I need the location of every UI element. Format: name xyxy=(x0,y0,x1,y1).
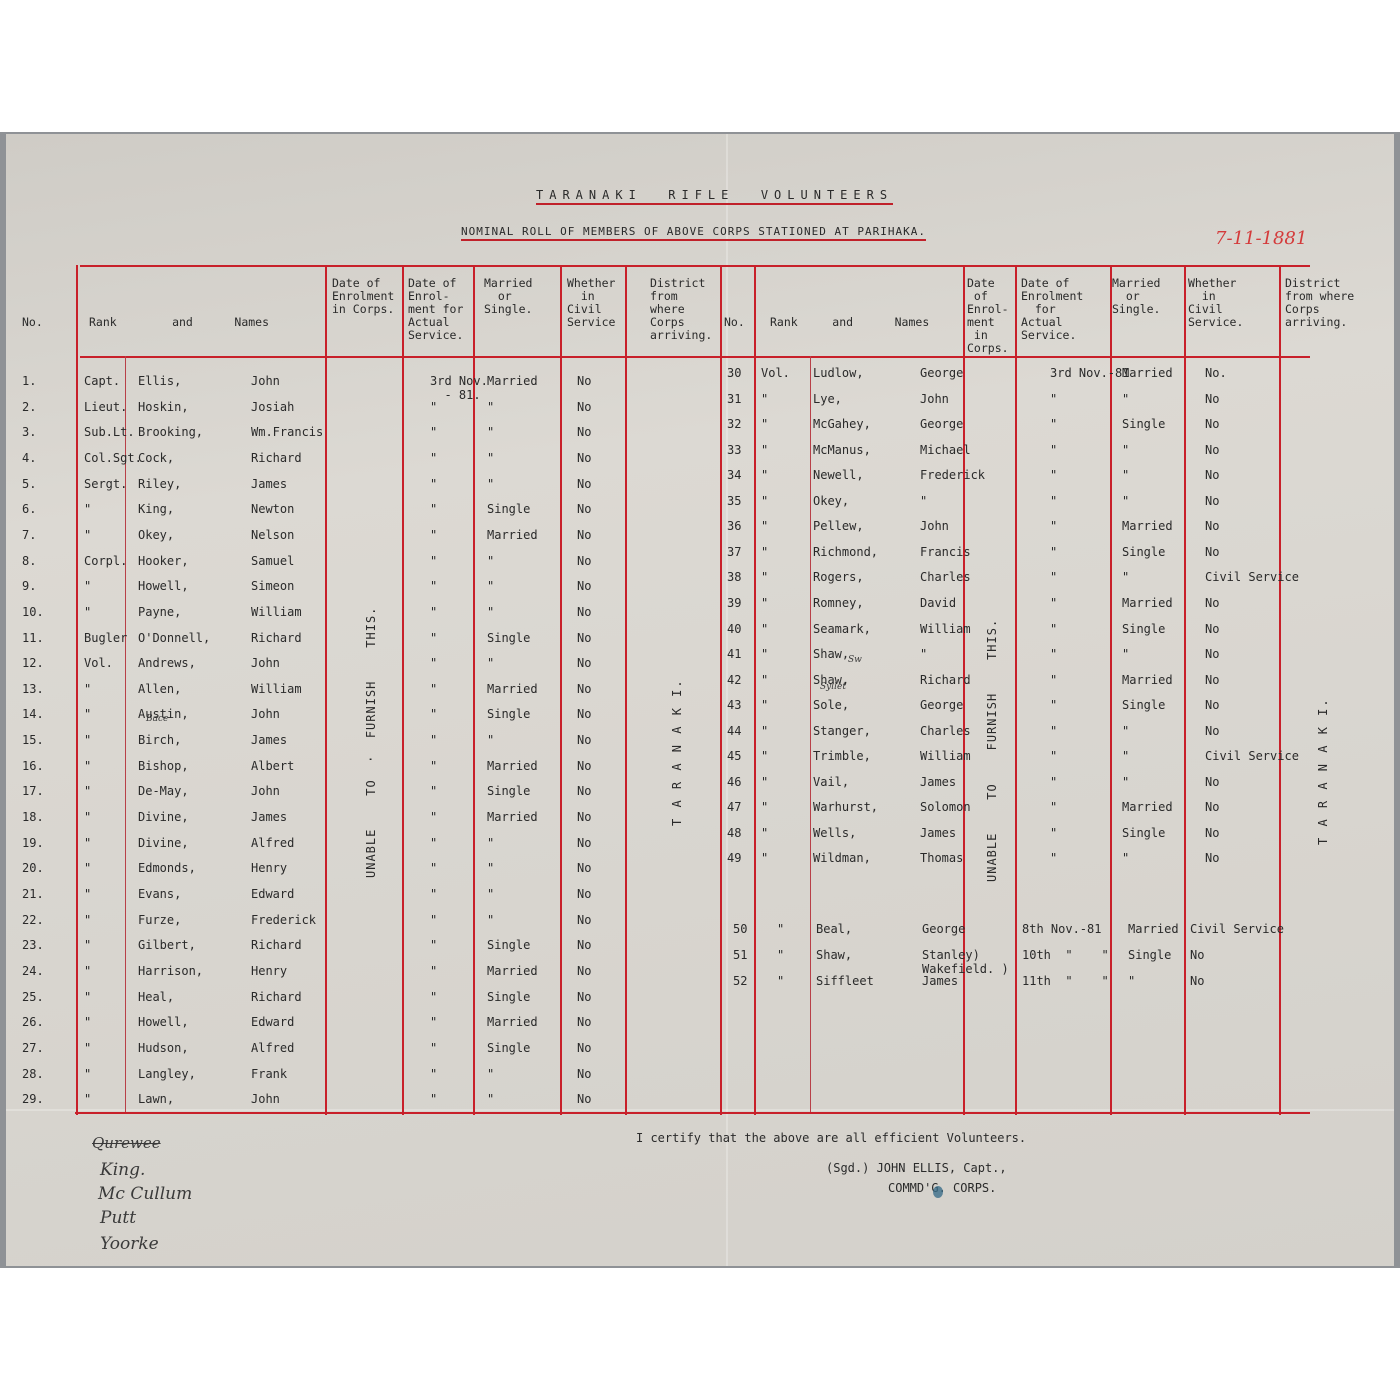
cell-status: Married xyxy=(487,1015,538,1029)
cell-no: 43 xyxy=(727,698,741,712)
cell-civil: No xyxy=(1205,468,1219,482)
cell-no: 34 xyxy=(727,468,741,482)
cell-rank: " xyxy=(761,698,768,712)
cell-surname: Wildman, xyxy=(813,851,871,865)
cell-rank: " xyxy=(761,800,768,814)
cell-rank: " xyxy=(761,724,768,738)
cell-civil: No xyxy=(1205,519,1219,533)
cell-rank: " xyxy=(761,570,768,584)
header-district: District from where Corps arriving. xyxy=(650,277,712,342)
table-row: 26."Howell,Edward"MarriedNo xyxy=(0,1015,1400,1035)
header-date-corps: Date of Enrolment in Corps. xyxy=(332,277,394,316)
cell-first: Thomas xyxy=(920,851,963,865)
table-row: 27."Hudson,Alfred"SingleNo xyxy=(0,1041,1400,1061)
cell-date: 3rd Nov.-81 xyxy=(1050,366,1129,380)
annotation-shaw: Sw xyxy=(848,655,862,665)
cell-no: 42 xyxy=(727,673,741,687)
cell-civil: Civil Service xyxy=(1205,570,1299,584)
cell-first: John xyxy=(251,1092,280,1106)
cell-no: 50 xyxy=(733,922,747,936)
cell-no: 26. xyxy=(22,1015,44,1029)
cell-rank: " xyxy=(777,974,784,988)
cell-status: " xyxy=(487,1092,494,1106)
cell-surname: Okey, xyxy=(813,494,849,508)
header-date-corps: Date of Enrol- ment in Corps. xyxy=(967,277,1009,355)
table-row: 44"Stanger,Charles""No xyxy=(0,724,1400,744)
cell-date: " xyxy=(1050,826,1057,840)
cell-rank: " xyxy=(761,545,768,559)
cell-status: Married xyxy=(1122,800,1173,814)
cell-surname: Romney, xyxy=(813,596,864,610)
table-row: 39"Romney,David"MarriedNo xyxy=(0,596,1400,616)
cell-surname: Evans, xyxy=(138,887,181,901)
header-no: No. xyxy=(724,316,745,329)
ink-blot xyxy=(933,1186,943,1198)
header-married-single: Married or Single. xyxy=(484,277,532,316)
document-title: TARANAKI RIFLE VOLUNTEERS xyxy=(536,188,893,205)
cell-no: 29. xyxy=(22,1092,44,1106)
cell-first: George xyxy=(920,417,963,431)
cell-surname: Newell, xyxy=(813,468,864,482)
handwritten-name: Mc Cullum xyxy=(98,1184,192,1204)
cell-no: 27. xyxy=(22,1041,44,1055)
cell-date: " xyxy=(1050,545,1057,559)
cell-first: George xyxy=(920,698,963,712)
cell-status: " xyxy=(1122,749,1129,763)
cell-rank: " xyxy=(761,622,768,636)
cell-no: 41 xyxy=(727,647,741,661)
cell-surname: McGahey, xyxy=(813,417,871,431)
cell-date: " xyxy=(430,1067,437,1081)
cell-date: 10th " " xyxy=(1022,948,1109,962)
cell-date: " xyxy=(1050,698,1057,712)
table-row: 41"Shaw,"""No xyxy=(0,647,1400,667)
cell-date: " xyxy=(1050,417,1057,431)
cell-date: " xyxy=(430,887,437,901)
table-row: 49"Wildman,Thomas""No xyxy=(0,851,1400,871)
cell-first: John xyxy=(920,519,949,533)
table-row: 52"SiffleetJames11th " ""No xyxy=(0,974,1400,994)
cell-status: " xyxy=(1122,494,1129,508)
cell-no: 52 xyxy=(733,974,747,988)
table-row: 28."Langley,Frank""No xyxy=(0,1067,1400,1087)
cell-surname: Ludlow, xyxy=(813,366,864,380)
cell-no: 21. xyxy=(22,887,44,901)
cell-first: Frank xyxy=(251,1067,287,1081)
cell-first: Charles xyxy=(920,570,971,584)
cell-first: Solomon xyxy=(920,800,971,814)
cell-first: David xyxy=(920,596,956,610)
cell-rank: " xyxy=(761,468,768,482)
cell-surname: Trimble, xyxy=(813,749,871,763)
cell-status: Single xyxy=(1122,622,1165,636)
cell-surname: Langley, xyxy=(138,1067,196,1081)
header-civil-service: Whether in Civil Service xyxy=(567,277,615,329)
cell-status: Single xyxy=(1122,417,1165,431)
cell-surname: Lye, xyxy=(813,392,842,406)
cell-civil: No. xyxy=(1205,366,1227,380)
cell-first: Edward xyxy=(251,887,294,901)
cell-status: " xyxy=(487,887,494,901)
cell-first: " xyxy=(920,494,927,508)
cell-first: Richard xyxy=(920,673,971,687)
cell-rank: " xyxy=(761,596,768,610)
cell-rank: " xyxy=(761,673,768,687)
cell-surname: Seamark, xyxy=(813,622,871,636)
cell-status: Single xyxy=(1122,698,1165,712)
cell-civil: No xyxy=(1205,392,1219,406)
cell-date: " xyxy=(1050,851,1057,865)
header-civil-service: Whether in Civil Service. xyxy=(1188,277,1243,329)
cell-status: " xyxy=(1122,443,1129,457)
table-row: 35"Okey,"""No xyxy=(0,494,1400,514)
cell-surname: Pellew, xyxy=(813,519,864,533)
cell-first: Michael xyxy=(920,443,971,457)
header-rank-names: Rank and Names xyxy=(89,316,269,329)
cell-date: " xyxy=(1050,800,1057,814)
cell-surname: Sole, xyxy=(813,698,849,712)
cell-rank: " xyxy=(777,948,784,962)
cell-no: 31 xyxy=(727,392,741,406)
cell-no: 37 xyxy=(727,545,741,559)
cell-status: Single xyxy=(1122,826,1165,840)
cell-date: 8th Nov.-81 xyxy=(1022,922,1101,936)
cell-first: Charles xyxy=(920,724,971,738)
cell-civil: No xyxy=(1205,417,1219,431)
cell-date: " xyxy=(1050,775,1057,789)
header-rank-names: Rank and Names xyxy=(770,316,929,329)
table-header-rule xyxy=(80,356,1310,358)
cell-status: Married xyxy=(1122,673,1173,687)
signature-line-1: (Sgd.) JOHN ELLIS, Capt., xyxy=(826,1162,1007,1175)
handwritten-name-struck: Qurewee xyxy=(92,1134,161,1152)
cell-no: 40 xyxy=(727,622,741,636)
cell-rank: " xyxy=(761,519,768,533)
cell-rank: " xyxy=(84,887,91,901)
cell-date: 11th " " xyxy=(1022,974,1109,988)
cell-first: Edward xyxy=(251,1015,294,1029)
cell-status: Married xyxy=(1128,922,1179,936)
cell-no: 33 xyxy=(727,443,741,457)
cell-rank: " xyxy=(761,417,768,431)
cell-civil: No xyxy=(1190,974,1204,988)
cell-no: 39 xyxy=(727,596,741,610)
table-row: 36"Pellew,John"MarriedNo xyxy=(0,519,1400,539)
table-row: 43"Sole,George"SingleNo xyxy=(0,698,1400,718)
cell-first: Alfred xyxy=(251,1041,294,1055)
table-row: 29."Lawn,John""No xyxy=(0,1092,1400,1112)
header-married-single: Married or Single. xyxy=(1112,277,1160,316)
cell-status: " xyxy=(1122,851,1129,865)
cell-surname: Siffleet xyxy=(816,974,874,988)
cell-first: John xyxy=(920,392,949,406)
table-bottom-rule xyxy=(75,1112,1310,1114)
table-row: 37"Richmond,Francis"SingleNo xyxy=(0,545,1400,565)
cell-surname: McManus, xyxy=(813,443,871,457)
cell-date: " xyxy=(430,1041,437,1055)
cell-first: Francis xyxy=(920,545,971,559)
table-row: 47"Warhurst,Solomon"MarriedNo xyxy=(0,800,1400,820)
cell-status: Married xyxy=(1122,519,1173,533)
table-row: 50"Beal,George8th Nov.-81MarriedCivil Se… xyxy=(0,922,1400,942)
document-subtitle: NOMINAL ROLL OF MEMBERS OF ABOVE CORPS S… xyxy=(461,225,926,241)
cell-status: Single xyxy=(487,1041,530,1055)
cell-date: " xyxy=(1050,519,1057,533)
cell-surname: Howell, xyxy=(138,1015,189,1029)
handwritten-name: Putt xyxy=(100,1208,136,1228)
table-row: 45"Trimble,William""Civil Service xyxy=(0,749,1400,769)
table-row: 34"Newell,Frederick""No xyxy=(0,468,1400,488)
table-row: 48"Wells,James"SingleNo xyxy=(0,826,1400,846)
cell-surname: Beal, xyxy=(816,922,852,936)
header-date-actual: Date of Enrol- ment for Actual Service. xyxy=(408,277,463,342)
cell-status: " xyxy=(1122,468,1129,482)
cell-date: " xyxy=(1050,724,1057,738)
cell-no: 36 xyxy=(727,519,741,533)
cell-surname: Vail, xyxy=(813,775,849,789)
cell-civil: No xyxy=(1205,622,1219,636)
cell-rank: " xyxy=(84,1041,91,1055)
cell-date: " xyxy=(430,1015,437,1029)
cell-status: " xyxy=(1122,775,1129,789)
cell-date: " xyxy=(1050,647,1057,661)
cell-civil: No xyxy=(1205,851,1219,865)
cell-surname: Shaw, xyxy=(816,948,852,962)
table-row: 38"Rogers,Charles""Civil Service xyxy=(0,570,1400,590)
table-row: 32"McGahey,George"SingleNo xyxy=(0,417,1400,437)
cell-surname: Wells, xyxy=(813,826,856,840)
cell-civil: No xyxy=(1205,724,1219,738)
handwritten-name: Yoorke xyxy=(100,1234,159,1254)
cell-no: 51 xyxy=(733,948,747,962)
cell-civil: No xyxy=(1190,948,1204,962)
cell-no: 45 xyxy=(727,749,741,763)
table-row: 40"Seamark,William"SingleNo xyxy=(0,622,1400,642)
cell-first: William xyxy=(920,622,971,636)
cell-date: " xyxy=(1050,443,1057,457)
cell-no: 30 xyxy=(727,366,741,380)
cell-surname: Stanger, xyxy=(813,724,871,738)
cell-civil: No xyxy=(577,1067,591,1081)
cell-civil: No xyxy=(1205,826,1219,840)
cell-civil: No xyxy=(1205,494,1219,508)
cell-rank: Vol. xyxy=(761,366,790,380)
cell-date: " xyxy=(430,1092,437,1106)
cell-no: 47 xyxy=(727,800,741,814)
cell-first: James xyxy=(920,826,956,840)
table-row: 33"McManus,Michael""No xyxy=(0,443,1400,463)
cell-status: Single xyxy=(1128,948,1171,962)
cell-status: " xyxy=(1122,724,1129,738)
cell-first: " xyxy=(920,647,927,661)
cell-rank: " xyxy=(84,1067,91,1081)
cell-civil: No xyxy=(1205,775,1219,789)
cell-date: " xyxy=(1050,494,1057,508)
cell-date: " xyxy=(1050,596,1057,610)
cell-rank: " xyxy=(761,443,768,457)
cell-civil: No xyxy=(1205,647,1219,661)
cell-no: 44 xyxy=(727,724,741,738)
table-row: 30Vol.Ludlow,George3rd Nov.-81MarriedNo. xyxy=(0,366,1400,386)
cell-rank: " xyxy=(761,851,768,865)
cell-surname: Warhurst, xyxy=(813,800,878,814)
cell-date: " xyxy=(1050,392,1057,406)
cell-civil: No xyxy=(577,1015,591,1029)
cell-no: 46 xyxy=(727,775,741,789)
table-row: 42"Shaw,Richard"MarriedNo xyxy=(0,673,1400,693)
annotation-birch: Bace xyxy=(146,714,168,724)
cell-civil: No xyxy=(577,1041,591,1055)
cell-first: James xyxy=(922,974,958,988)
cell-date: " xyxy=(1050,749,1057,763)
cell-rank: " xyxy=(761,826,768,840)
table-row: 31"Lye,John""No xyxy=(0,392,1400,412)
cell-status: " xyxy=(1122,647,1129,661)
cell-no: 28. xyxy=(22,1067,44,1081)
cell-civil: No xyxy=(1205,596,1219,610)
cell-date: " xyxy=(1050,570,1057,584)
cell-rank: " xyxy=(761,647,768,661)
cell-surname: Lawn, xyxy=(138,1092,174,1106)
cell-civil: No xyxy=(1205,545,1219,559)
header-district: District from where Corps arriving. xyxy=(1285,277,1354,329)
cell-rank: " xyxy=(84,1092,91,1106)
annotation-sole: Syllet xyxy=(820,682,846,692)
cell-civil: No xyxy=(1205,443,1219,457)
cell-status: " xyxy=(487,1067,494,1081)
certification-text: I certify that the above are all efficie… xyxy=(636,1132,1026,1145)
cell-no: 32 xyxy=(727,417,741,431)
cell-no: 49 xyxy=(727,851,741,865)
cell-civil: No xyxy=(1205,800,1219,814)
table-row: 46"Vail,James""No xyxy=(0,775,1400,795)
cell-status: Single xyxy=(1122,545,1165,559)
cell-status: " xyxy=(1122,570,1129,584)
cell-no: 48 xyxy=(727,826,741,840)
cell-status: Married xyxy=(1122,596,1173,610)
cell-civil: No xyxy=(1205,673,1219,687)
cell-surname: Hudson, xyxy=(138,1041,189,1055)
cell-first: Frederick xyxy=(920,468,985,482)
table-row: 21."Evans,Edward""No xyxy=(0,887,1400,907)
cell-first: Stanley) Wakefield. ) xyxy=(922,948,1009,976)
cell-civil: No xyxy=(577,1092,591,1106)
table-row: 51"Shaw,Stanley) Wakefield. )10th " "Sin… xyxy=(0,948,1400,968)
cell-surname: Shaw, xyxy=(813,647,849,661)
cell-first: William xyxy=(920,749,971,763)
header-no: No. xyxy=(22,316,43,329)
cell-no: 38 xyxy=(727,570,741,584)
cell-first: George xyxy=(922,922,965,936)
cell-rank: " xyxy=(761,749,768,763)
table-top-rule xyxy=(80,265,1310,267)
handwritten-date: 7-11-1881 xyxy=(1215,228,1307,249)
cell-first: James xyxy=(920,775,956,789)
cell-date: " xyxy=(1050,622,1057,636)
header-date-actual: Date of Enrolment for Actual Service. xyxy=(1021,277,1083,342)
cell-rank: " xyxy=(761,392,768,406)
cell-civil: No xyxy=(577,887,591,901)
cell-rank: " xyxy=(84,1015,91,1029)
cell-status: " xyxy=(1128,974,1135,988)
cell-surname: Richmond, xyxy=(813,545,878,559)
cell-first: George xyxy=(920,366,963,380)
cell-rank: " xyxy=(777,922,784,936)
cell-status: " xyxy=(1122,392,1129,406)
cell-date: " xyxy=(1050,673,1057,687)
cell-status: Married xyxy=(1122,366,1173,380)
handwritten-name: King. xyxy=(100,1160,145,1180)
cell-civil: Civil Service xyxy=(1205,749,1299,763)
cell-surname: Rogers, xyxy=(813,570,864,584)
cell-civil: Civil Service xyxy=(1190,922,1284,936)
cell-rank: " xyxy=(761,775,768,789)
cell-civil: No xyxy=(1205,698,1219,712)
cell-rank: " xyxy=(761,494,768,508)
cell-date: " xyxy=(1050,468,1057,482)
cell-no: 35 xyxy=(727,494,741,508)
